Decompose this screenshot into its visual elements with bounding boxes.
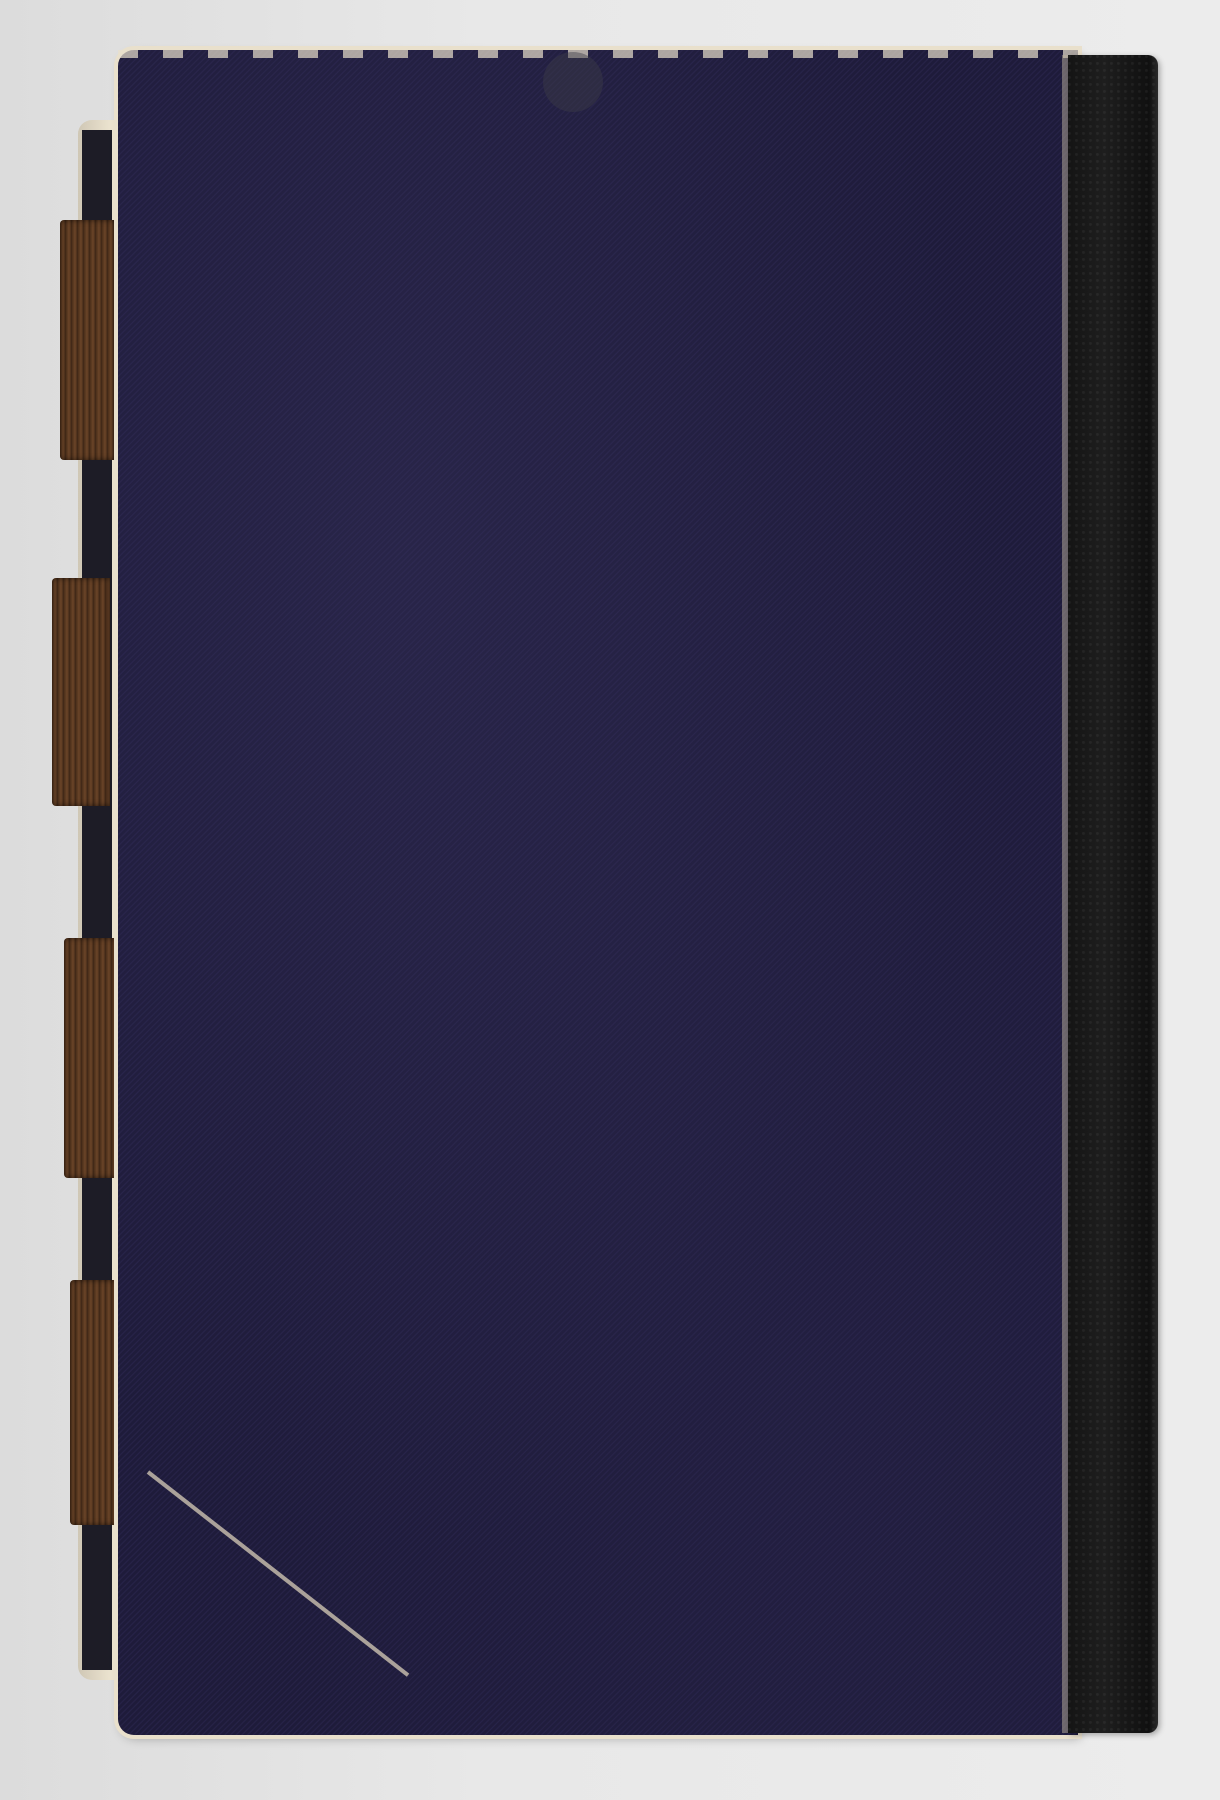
book-cover [118, 50, 1078, 1735]
cover-crack [147, 1470, 410, 1676]
leather-tab-3 [64, 938, 122, 1178]
leather-spine [1068, 55, 1158, 1733]
leather-tab-1 [60, 220, 118, 460]
leather-tab-2 [52, 578, 110, 806]
book-photograph [0, 0, 1220, 1800]
cover-wear-top [118, 50, 1078, 58]
cover-stain [543, 52, 603, 112]
